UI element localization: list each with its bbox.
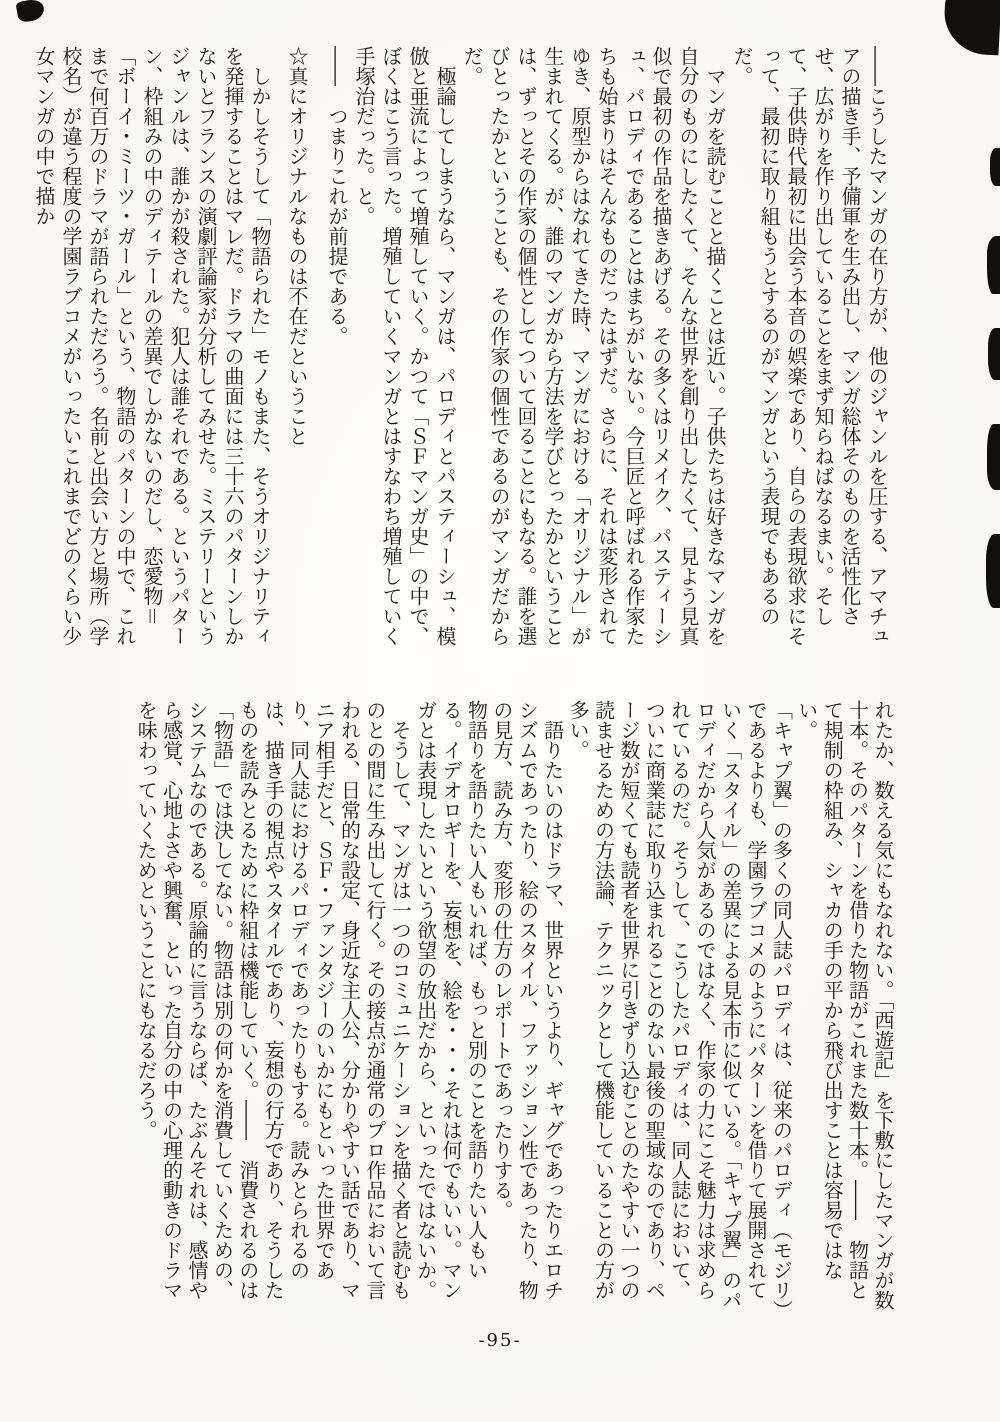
page-edge-print-bleed	[987, 236, 1000, 294]
paragraph: しかしそうして「物語られた」モノもまた、そうオリジナリティを発揮することはマレだ…	[30, 46, 273, 660]
essay-bottom-block: れたか、数える気にもなれない。「西遊記」を下敷にしたマンガが数十本。そのパターン…	[183, 700, 895, 1316]
paragraph-continuation: れたか、数える気にもなれない。「西遊記」を下敷にしたマンガが数十本。そのパターン…	[793, 700, 895, 1316]
ink-smudge-top-right	[942, 0, 1000, 55]
page-edge-print-bleed	[986, 534, 1000, 608]
paragraph: 語りたいのはドラマ、世界というより、ギャグであったりエロチシズムであったり、絵の…	[489, 700, 565, 1316]
paragraph: 「キャプ翼」の多くの同人誌パロディは、従来のパロディ（モジリ）であるよりも、学園…	[565, 700, 794, 1316]
page-number: -95-	[0, 1330, 1000, 1351]
paragraph-dash-intro: ――こうしたマンガの在り方が、他のジャンルを圧する、アマチュアの描き手、予備軍を…	[728, 46, 890, 660]
paragraph: マンガを読むことと描くことは近い。子供たちは好きなマンガを自分のものにしたくて、…	[458, 46, 728, 660]
paragraph: そうして、マンガは一つのコミュニケーションを描く者と読むものとの間に生み出して行…	[133, 700, 412, 1316]
paragraph: 物語りを語りたい人もいれば、もっと別のことを語りたい人もいる。イデオロギーを、妄…	[412, 700, 488, 1316]
paragraph-premise: ―― つまりこれが前提である。	[323, 46, 350, 660]
scanned-page: ――こうしたマンガの在り方が、他のジャンルを圧する、アマチュアの描き手、予備軍を…	[0, 0, 1000, 1422]
page-edge-print-bleed	[988, 328, 1000, 380]
paragraph: 極論してしまうなら、マンガは、パロディとパスティーシュ、模倣と亜流によって増殖し…	[350, 46, 458, 660]
page-edge-print-bleed	[987, 424, 1000, 490]
ink-smudge-top-left	[15, 0, 45, 23]
page-edge-print-bleed	[990, 148, 1000, 186]
essay-top-block: ――こうしたマンガの在り方が、他のジャンルを圧する、アマチュアの描き手、予備軍を…	[128, 46, 890, 660]
section-heading: ☆真にオリジナルなものは不在だということ	[283, 46, 310, 660]
